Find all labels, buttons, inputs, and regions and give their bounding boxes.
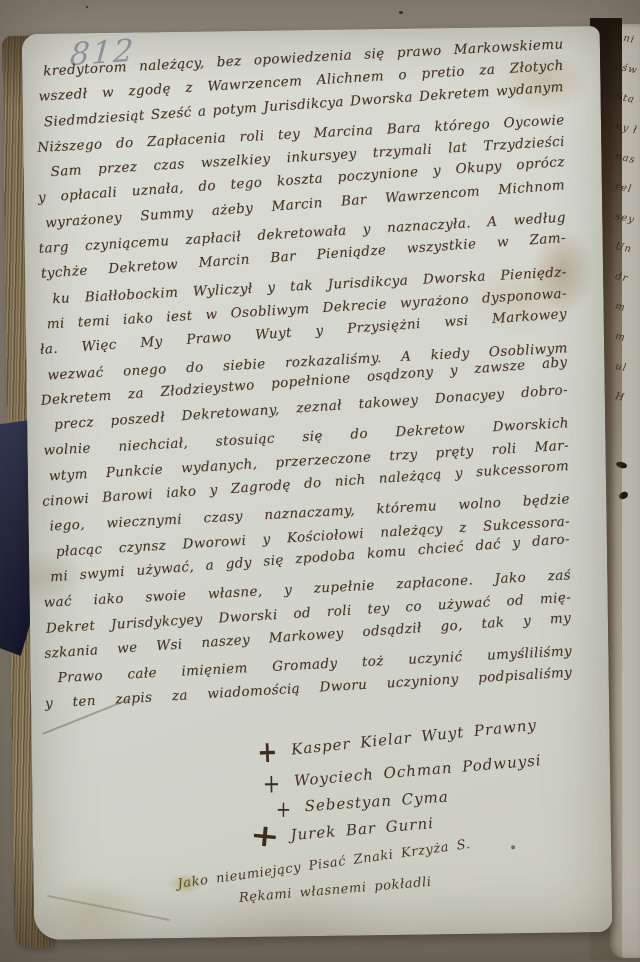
ink-speck bbox=[511, 845, 515, 849]
signature-name: Kasper Kielar Wuyt Prawny bbox=[290, 716, 537, 759]
dust-speck bbox=[86, 6, 88, 8]
signature-name: Woyciech Ochman Podwuysi bbox=[293, 751, 542, 790]
signature-row: +Jurek Bar Gurni bbox=[252, 813, 434, 847]
signature-cross-mark: + bbox=[262, 775, 280, 793]
manuscript-text: kredytorom należący, bez opowiedzenia si… bbox=[36, 53, 573, 718]
signature-name: Sebestyan Cyma bbox=[304, 788, 449, 816]
paper-crease bbox=[47, 895, 170, 921]
signature-name: Jurek Bar Gurni bbox=[290, 814, 435, 844]
manuscript-photo: Ani ośw Sta ny ł nas rel sey Un dr m m u… bbox=[0, 0, 640, 962]
paper-stain bbox=[161, 870, 209, 899]
signature-cross-mark: + bbox=[276, 802, 291, 820]
signature-cross-mark: + bbox=[257, 743, 278, 761]
manuscript-page: 812 kredytorom należący, bez opowiedzeni… bbox=[22, 26, 613, 940]
signature-cross-mark: + bbox=[250, 827, 281, 845]
dust-speck bbox=[399, 11, 403, 14]
